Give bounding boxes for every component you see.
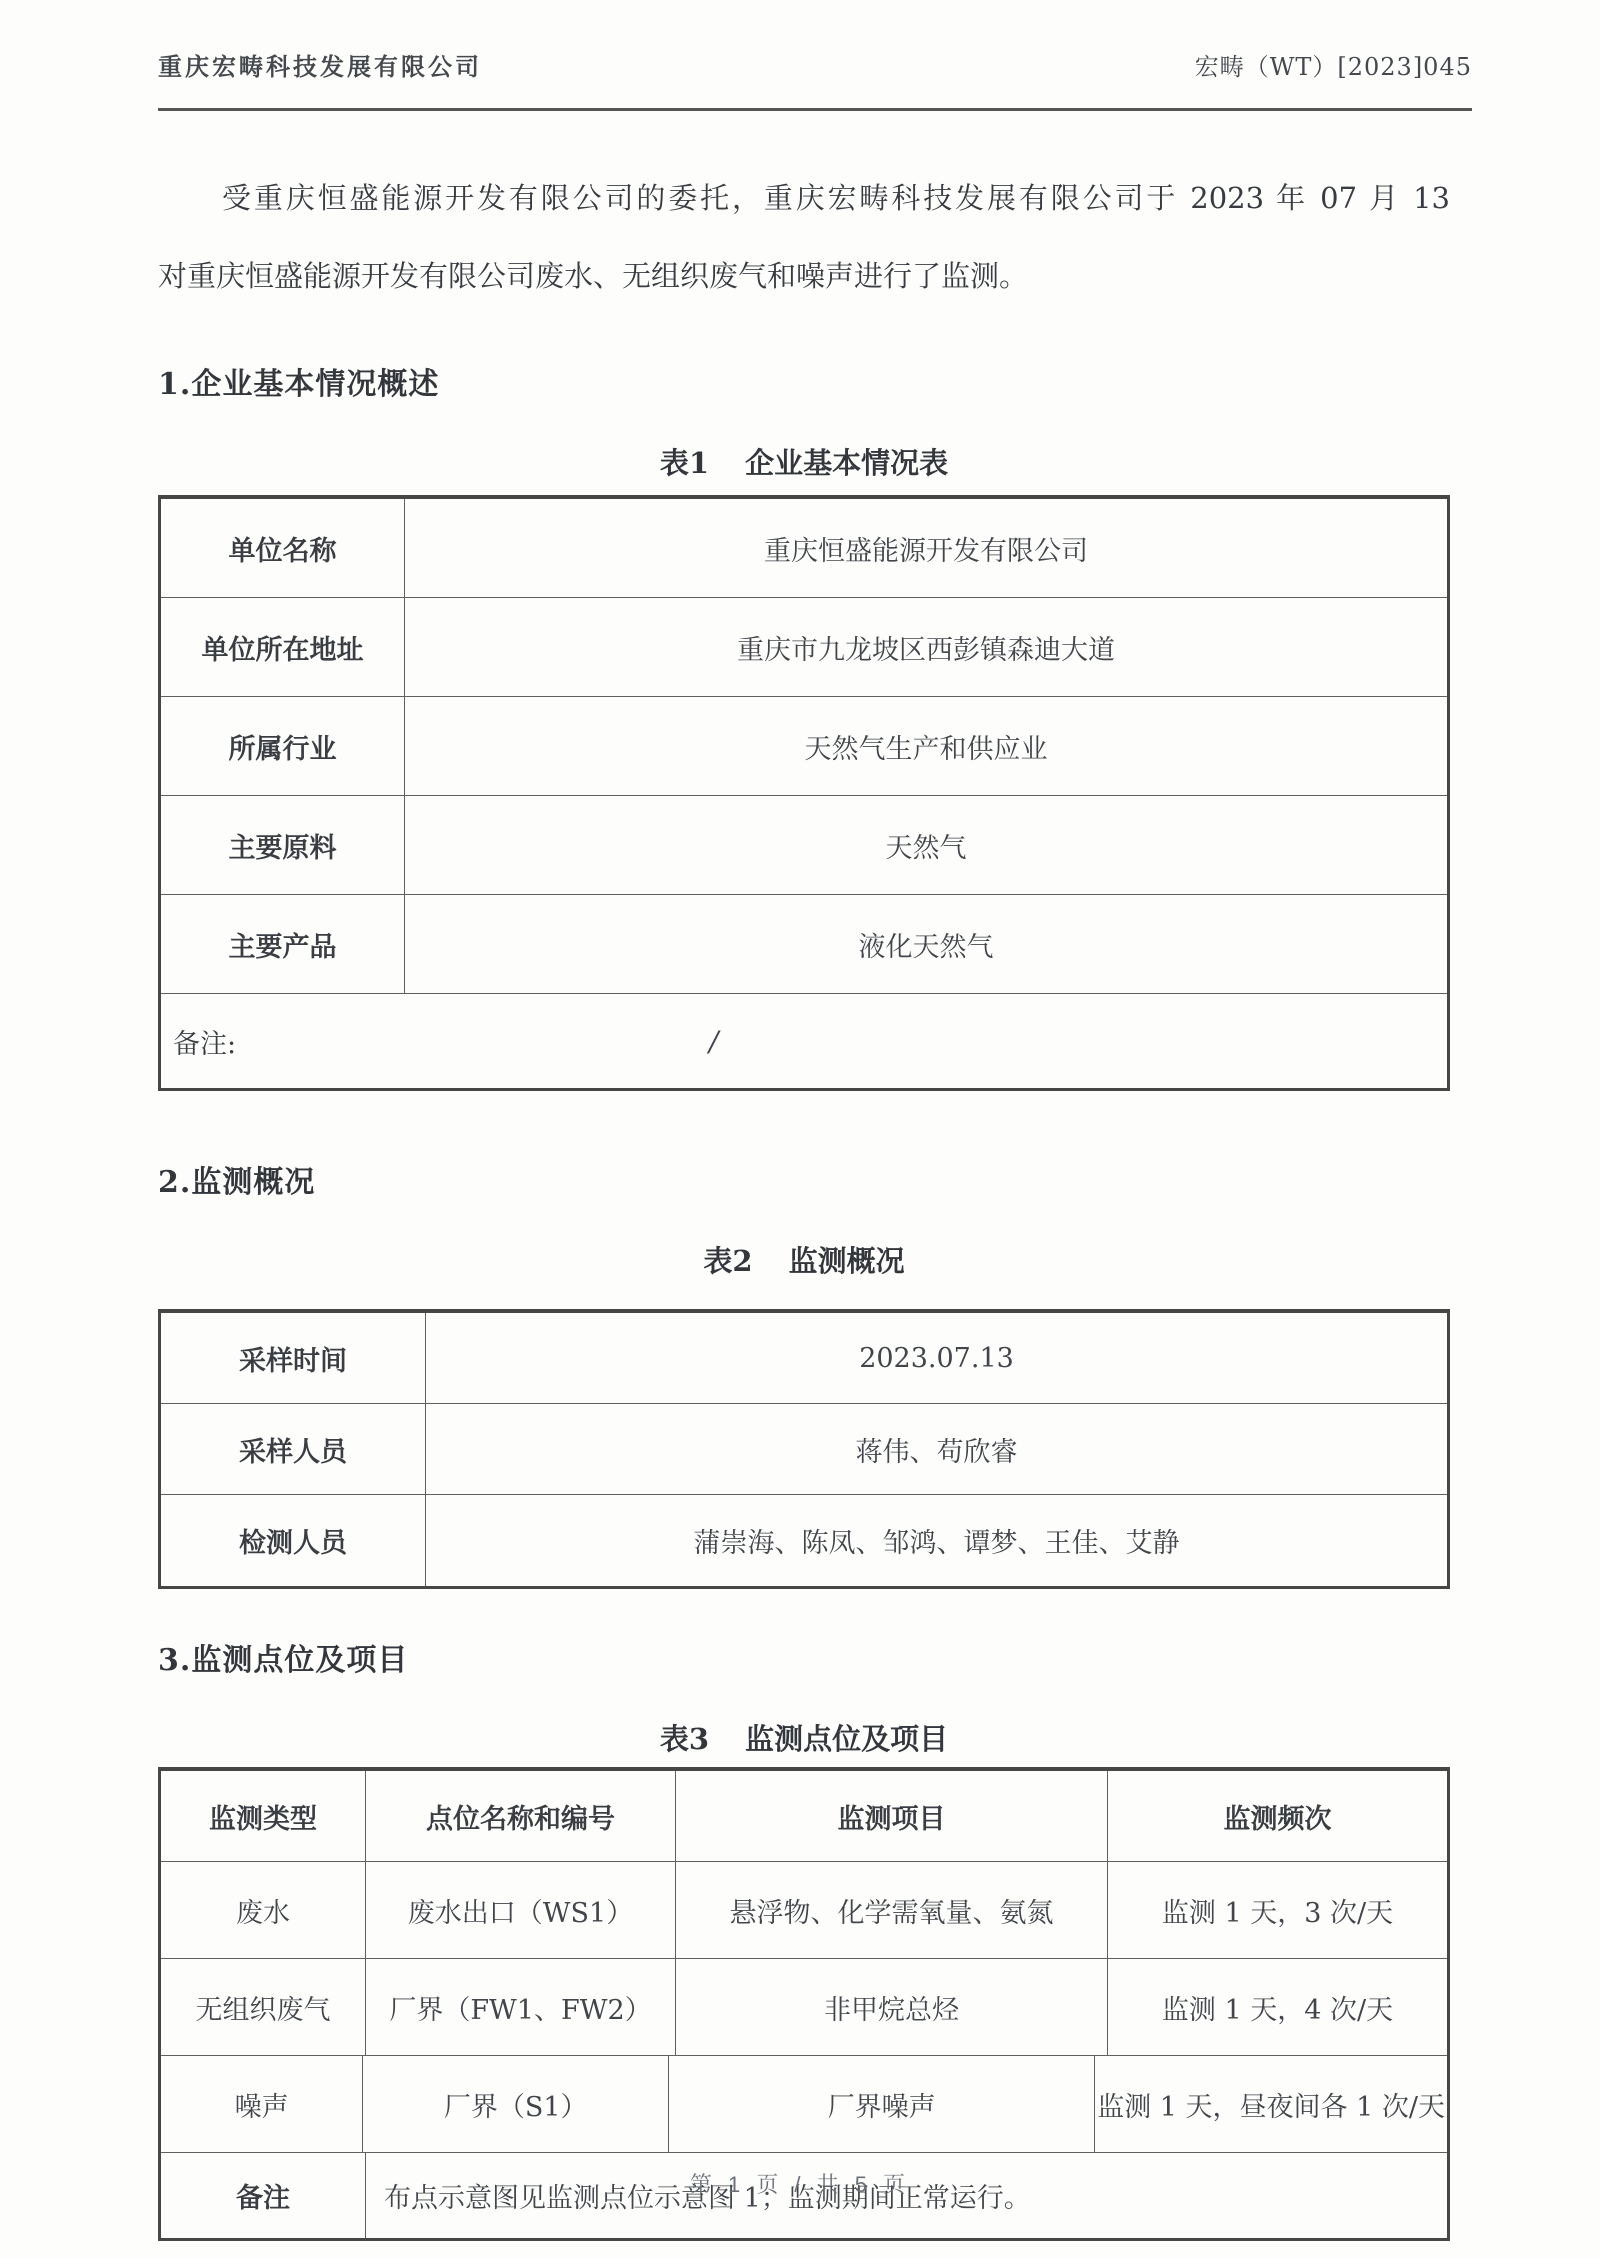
row-value: 天然气生产和供应业 bbox=[405, 697, 1447, 795]
page-header: 重庆宏畴科技发展有限公司 宏畴（WT）[2023]045 bbox=[158, 0, 1472, 111]
table-3-caption-title: 监测点位及项目 bbox=[745, 1722, 948, 1756]
row-value: 2023.07.13 bbox=[426, 1313, 1447, 1403]
monitoring-overview-table: 采样时间 2023.07.13 采样人员 蒋伟、苟欣睿 检测人员 蒲崇海、陈凤、… bbox=[158, 1309, 1450, 1589]
remark-row: 备注: / bbox=[161, 994, 1447, 1088]
column-header: 点位名称和编号 bbox=[366, 1771, 676, 1861]
table-1-caption-title: 企业基本情况表 bbox=[745, 446, 948, 480]
table-row: 采样人员 蒋伟、苟欣睿 bbox=[161, 1404, 1447, 1495]
row-value: 重庆恒盛能源开发有限公司 bbox=[405, 499, 1447, 597]
monitor-items: 非甲烷总烃 bbox=[676, 1959, 1108, 2055]
table-3-caption-number: 表3 bbox=[660, 1722, 709, 1756]
monitor-items: 悬浮物、化学需氧量、氨氮 bbox=[676, 1862, 1108, 1958]
table-row: 废水 废水出口（WS1） 悬浮物、化学需氧量、氨氮 监测 1 天，3 次/天 bbox=[161, 1862, 1447, 1959]
table-row: 单位所在地址 重庆市九龙坡区西彭镇森迪大道 bbox=[161, 598, 1447, 697]
report-page: 重庆宏畴科技发展有限公司 宏畴（WT）[2023]045 受重庆恒盛能源开发有限… bbox=[0, 0, 1600, 2258]
section-1-heading: 1.企业基本情况概述 bbox=[158, 359, 1450, 403]
table-1-caption: 表1企业基本情况表 bbox=[158, 441, 1450, 482]
table-header-row: 监测类型 点位名称和编号 监测项目 监测频次 bbox=[161, 1771, 1447, 1862]
row-label: 所属行业 bbox=[161, 697, 405, 795]
table-row: 单位名称 重庆恒盛能源开发有限公司 bbox=[161, 499, 1447, 598]
monitor-point: 废水出口（WS1） bbox=[366, 1862, 676, 1958]
row-label: 采样时间 bbox=[161, 1313, 426, 1403]
column-header: 监测频次 bbox=[1108, 1771, 1447, 1861]
monitor-point: 厂界（S1） bbox=[363, 2056, 669, 2152]
row-label: 单位所在地址 bbox=[161, 598, 405, 696]
monitor-items: 厂界噪声 bbox=[669, 2056, 1095, 2152]
intro-line-1: 受重庆恒盛能源开发有限公司的委托，重庆宏畴科技发展有限公司于 2023 年 07… bbox=[158, 159, 1450, 237]
row-value: 蒋伟、苟欣睿 bbox=[426, 1404, 1447, 1494]
monitor-type: 废水 bbox=[161, 1862, 366, 1958]
table-row: 主要产品 液化天然气 bbox=[161, 895, 1447, 994]
table-row: 所属行业 天然气生产和供应业 bbox=[161, 697, 1447, 796]
table-1-caption-number: 表1 bbox=[660, 446, 709, 480]
document-number: 宏畴（WT）[2023]045 bbox=[1195, 47, 1472, 82]
row-label: 单位名称 bbox=[161, 499, 405, 597]
monitor-type: 噪声 bbox=[161, 2056, 363, 2152]
page-number: 第 1 页 / 共 5 页 bbox=[0, 2168, 1600, 2199]
monitor-freq: 监测 1 天，昼夜间各 1 次/天 bbox=[1095, 2056, 1447, 2152]
row-value: 液化天然气 bbox=[405, 895, 1447, 993]
row-value: 蒲崇海、陈凤、邹鸿、谭梦、王佳、艾静 bbox=[426, 1495, 1447, 1586]
company-name-header: 重庆宏畴科技发展有限公司 bbox=[158, 47, 482, 82]
table-2-caption-title: 监测概况 bbox=[789, 1244, 905, 1278]
table-row: 主要原料 天然气 bbox=[161, 796, 1447, 895]
column-header: 监测类型 bbox=[161, 1771, 366, 1861]
table-2-caption-number: 表2 bbox=[703, 1244, 752, 1278]
section-2-heading: 2.监测概况 bbox=[158, 1157, 1450, 1201]
row-label: 主要产品 bbox=[161, 895, 405, 993]
column-header: 监测项目 bbox=[676, 1771, 1108, 1861]
company-info-table: 单位名称 重庆恒盛能源开发有限公司 单位所在地址 重庆市九龙坡区西彭镇森迪大道 … bbox=[158, 495, 1450, 1091]
remark-label: 备注: bbox=[173, 994, 236, 1088]
monitor-type: 无组织废气 bbox=[161, 1959, 366, 2055]
monitor-freq: 监测 1 天，3 次/天 bbox=[1108, 1862, 1447, 1958]
monitor-point: 厂界（FW1、FW2） bbox=[366, 1959, 676, 2055]
row-label: 采样人员 bbox=[161, 1404, 426, 1494]
intro-line-2: 对重庆恒盛能源开发有限公司废水、无组织废气和噪声进行了监测。 bbox=[158, 237, 1450, 315]
section-3-heading: 3.监测点位及项目 bbox=[158, 1635, 1450, 1679]
row-value: 重庆市九龙坡区西彭镇森迪大道 bbox=[405, 598, 1447, 696]
table-row: 采样时间 2023.07.13 bbox=[161, 1313, 1447, 1404]
intro-paragraph: 受重庆恒盛能源开发有限公司的委托，重庆宏畴科技发展有限公司于 2023 年 07… bbox=[158, 159, 1450, 315]
table-row: 检测人员 蒲崇海、陈凤、邹鸿、谭梦、王佳、艾静 bbox=[161, 1495, 1447, 1586]
row-label: 检测人员 bbox=[161, 1495, 426, 1586]
row-value: 天然气 bbox=[405, 796, 1447, 894]
row-label: 主要原料 bbox=[161, 796, 405, 894]
table-2-caption: 表2监测概况 bbox=[158, 1239, 1450, 1280]
table-3-caption: 表3监测点位及项目 bbox=[158, 1717, 1450, 1758]
table-row: 无组织废气 厂界（FW1、FW2） 非甲烷总烃 监测 1 天，4 次/天 bbox=[161, 1959, 1447, 2056]
monitor-freq: 监测 1 天，4 次/天 bbox=[1108, 1959, 1447, 2055]
remark-value: / bbox=[709, 994, 718, 1088]
table-row: 噪声 厂界（S1） 厂界噪声 监测 1 天，昼夜间各 1 次/天 bbox=[161, 2056, 1447, 2153]
